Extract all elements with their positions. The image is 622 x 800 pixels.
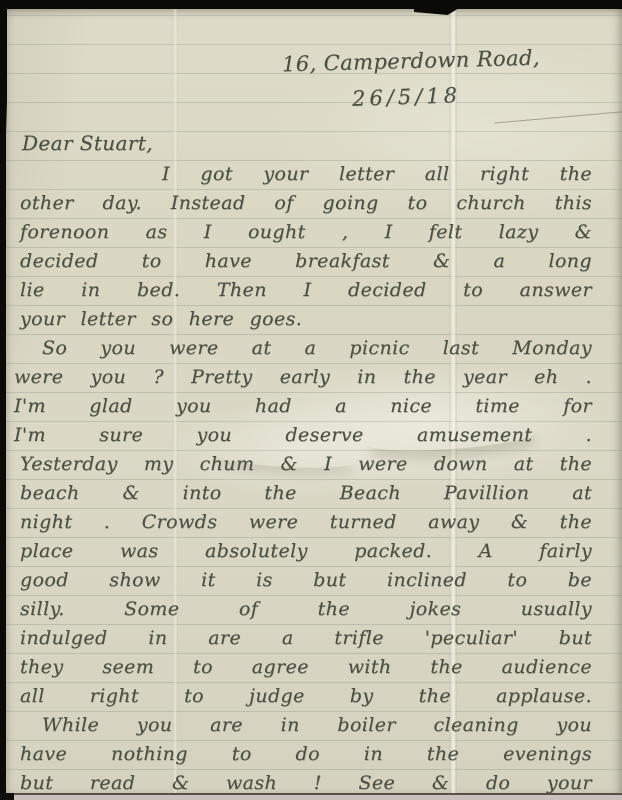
handwritten-line: forenoon as I ought , I felt lazy & <box>12 218 618 247</box>
handwritten-line: were you ? Pretty early in the year eh . <box>12 363 618 392</box>
handwritten-line: Yesterday my chum & I were down at the <box>12 450 618 479</box>
handwritten-line: night . Crowds were turned away & the <box>12 508 618 537</box>
handwritten-line: I'm sure you deserve amusement . <box>12 421 618 450</box>
letter-date: 26/5/18 <box>352 83 462 111</box>
handwritten-line: lie in bed. Then I decided to answer <box>12 276 618 305</box>
handwritten-line: I got your letter all right the <box>12 160 618 189</box>
salutation: Dear Stuart, <box>22 131 153 155</box>
handwritten-line: place was absolutely packed. A fairly <box>12 537 618 566</box>
letter-scan: 16, Camperdown Road, 26/5/18 Dear Stuart… <box>0 0 622 800</box>
scan-edge-left <box>0 0 7 135</box>
scan-edge-top <box>0 0 622 9</box>
sender-address: 16, Camperdown Road, <box>282 46 540 77</box>
handwritten-line: your letter so here goes. <box>12 305 618 334</box>
handwritten-line: While you are in boiler cleaning you <box>12 711 618 740</box>
handwritten-line: good show it is but inclined to be <box>12 566 618 595</box>
scan-edge-bottom-corner <box>0 793 14 800</box>
crease-mark <box>494 111 622 123</box>
handwritten-line: indulged in are a trifle 'peculiar' but <box>12 624 618 653</box>
handwritten-line: silly. Some of the jokes usually <box>12 595 618 624</box>
handwritten-line: other day. Instead of going to church th… <box>12 189 618 218</box>
handwritten-line: beach & into the Beach Pavillion at <box>12 479 618 508</box>
handwritten-line: I'm glad you had a nice time for <box>12 392 618 421</box>
handwritten-line: all right to judge by the applause. <box>12 682 618 711</box>
handwritten-line: have nothing to do in the evenings <box>12 740 618 769</box>
letter-body: I got your letter all right the other da… <box>12 160 618 798</box>
handwritten-line: decided to have breakfast & a long <box>12 247 618 276</box>
letter-paper: 16, Camperdown Road, 26/5/18 Dear Stuart… <box>6 9 622 793</box>
handwritten-line: they seem to agree with the audience <box>12 653 618 682</box>
handwritten-line: So you were at a picnic last Monday <box>12 334 618 363</box>
scan-edge-bottom <box>0 793 622 800</box>
